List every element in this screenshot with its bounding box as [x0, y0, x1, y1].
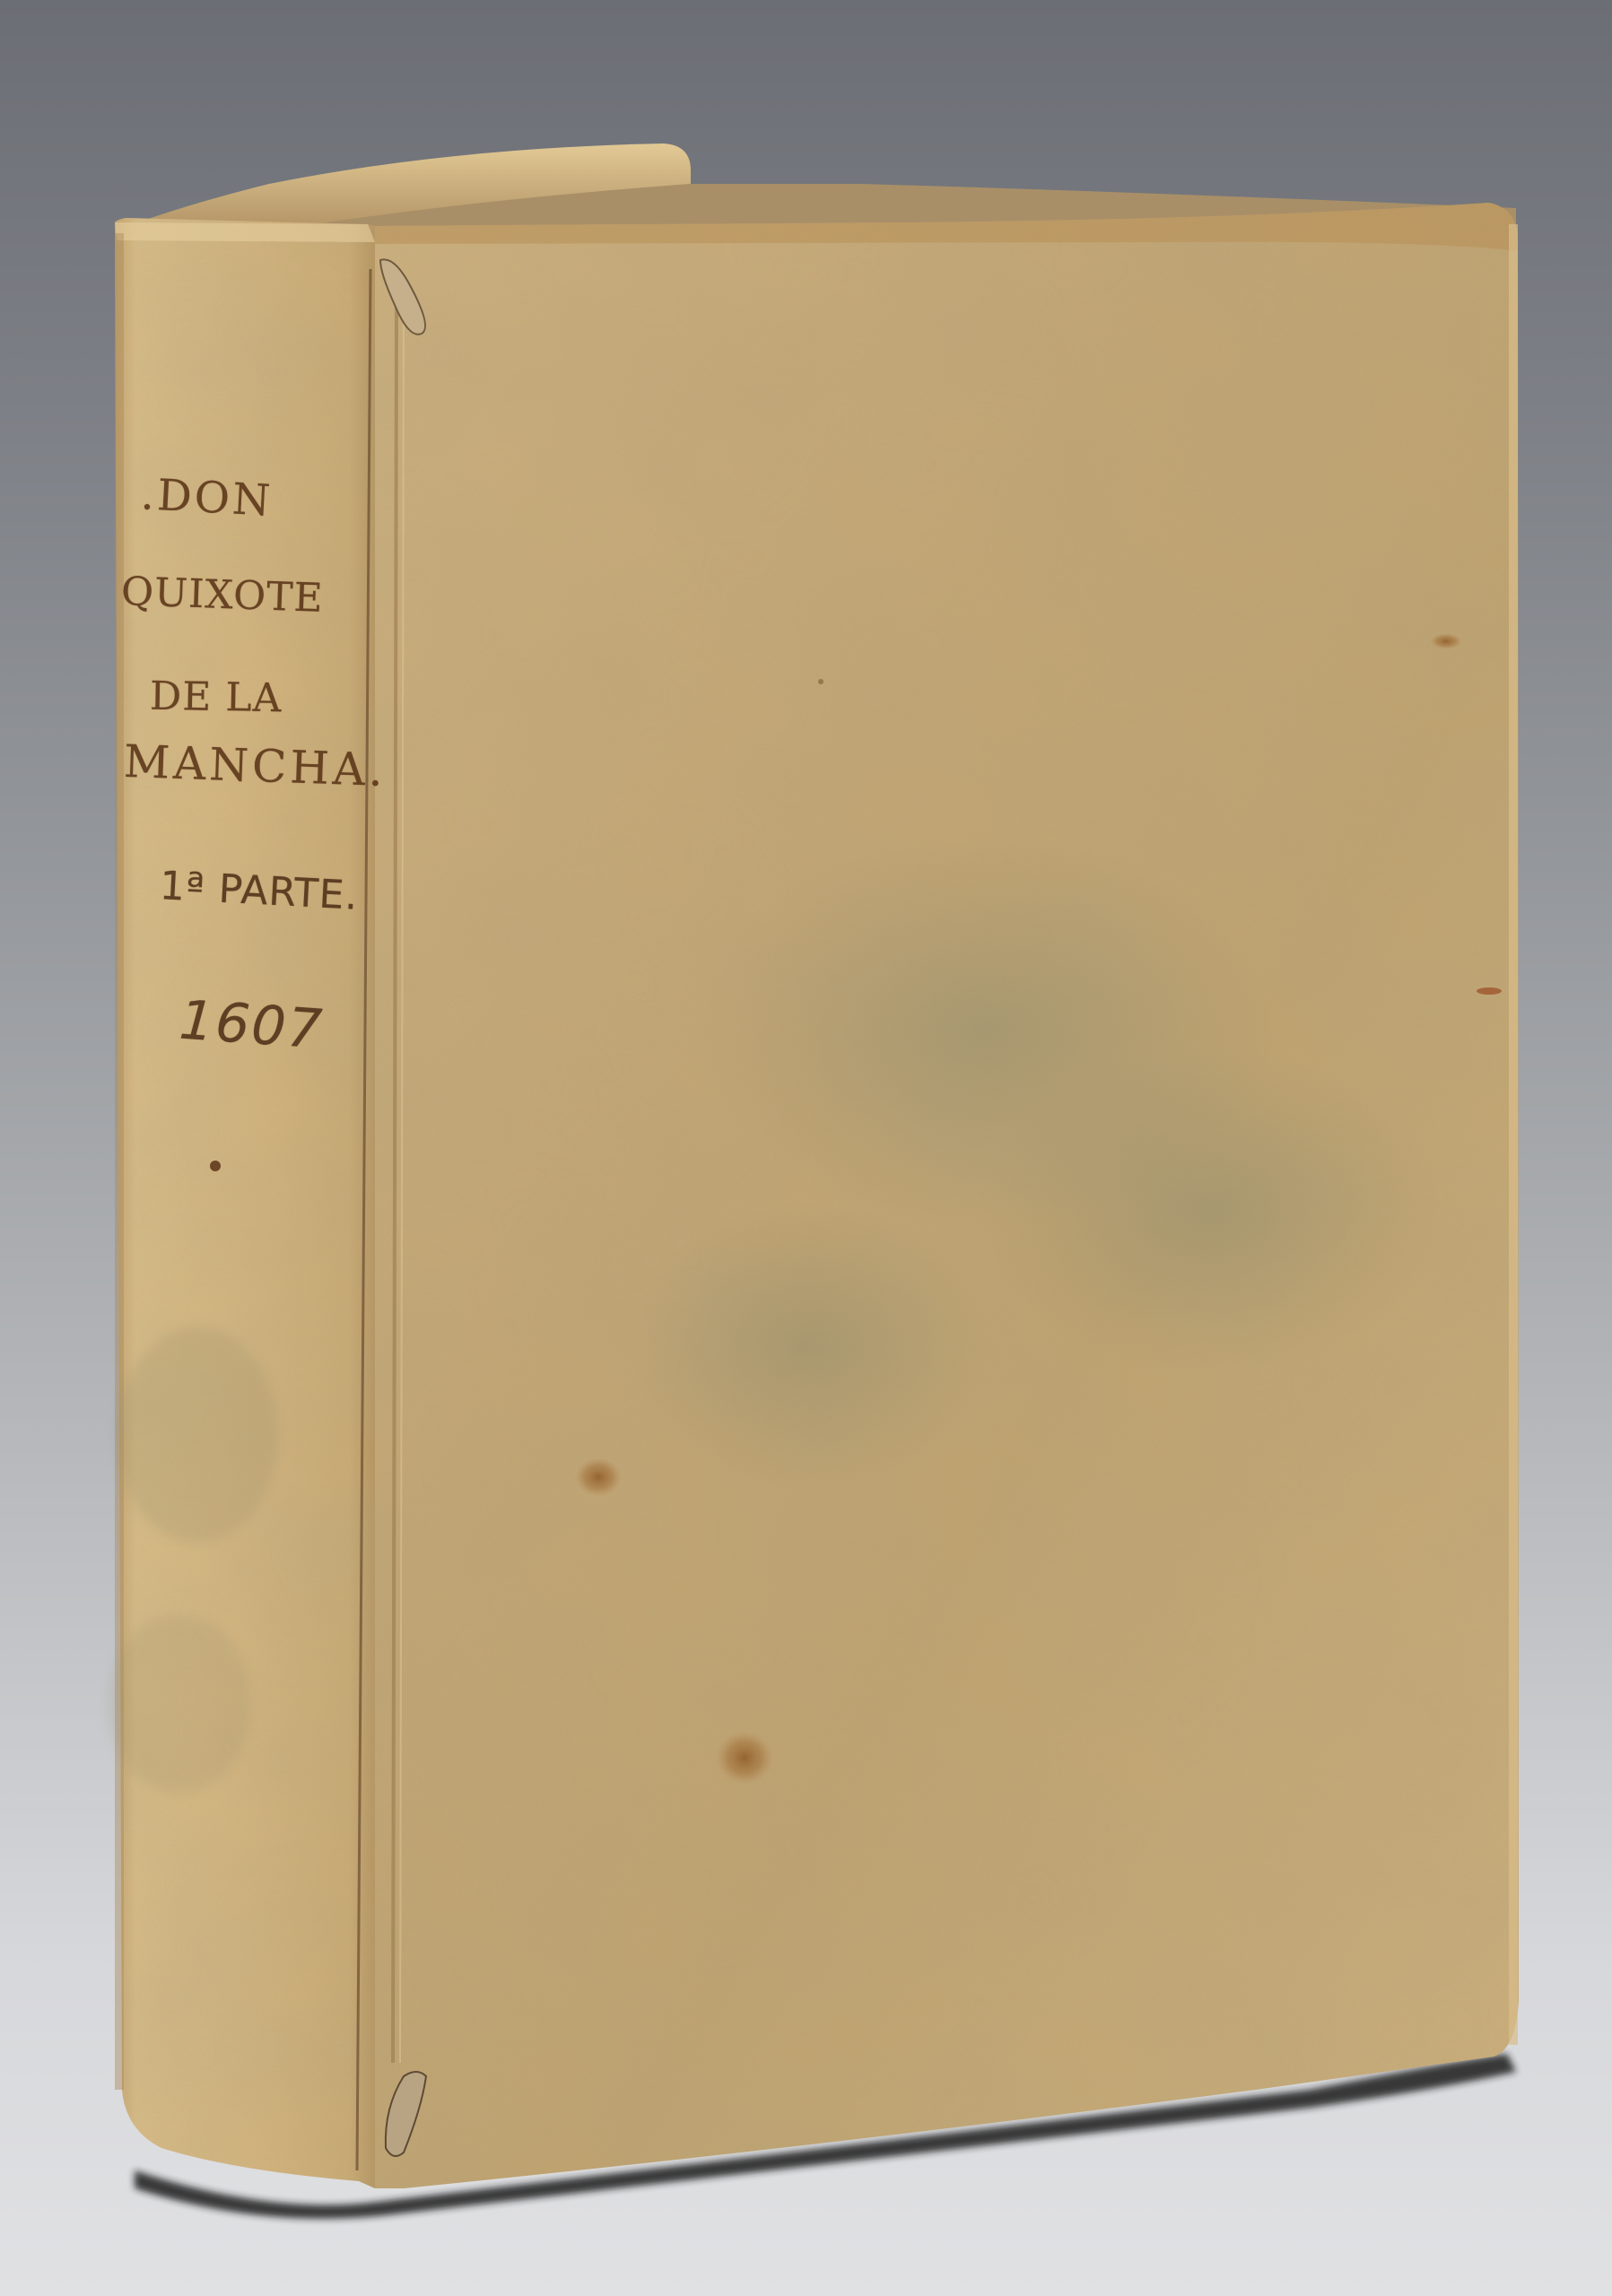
spine-title-don: .DON	[140, 469, 274, 526]
spine-year: 1607	[178, 988, 326, 1061]
product-photo: .DON QUIXOTE DE LA MANCHA. 1ª PARTE. 160…	[0, 0, 1612, 2296]
stain	[575, 1457, 622, 1497]
stain	[1477, 987, 1502, 995]
book-illustration	[0, 0, 1612, 2296]
spine-title-quixote: QUIXOTE	[120, 569, 324, 622]
spine-title-de-la: DE LA	[150, 674, 283, 722]
ink-dot	[210, 1161, 221, 1171]
spine-title-mancha: MANCHA.	[123, 735, 388, 796]
stain	[716, 1731, 773, 1785]
stain	[1430, 633, 1462, 649]
